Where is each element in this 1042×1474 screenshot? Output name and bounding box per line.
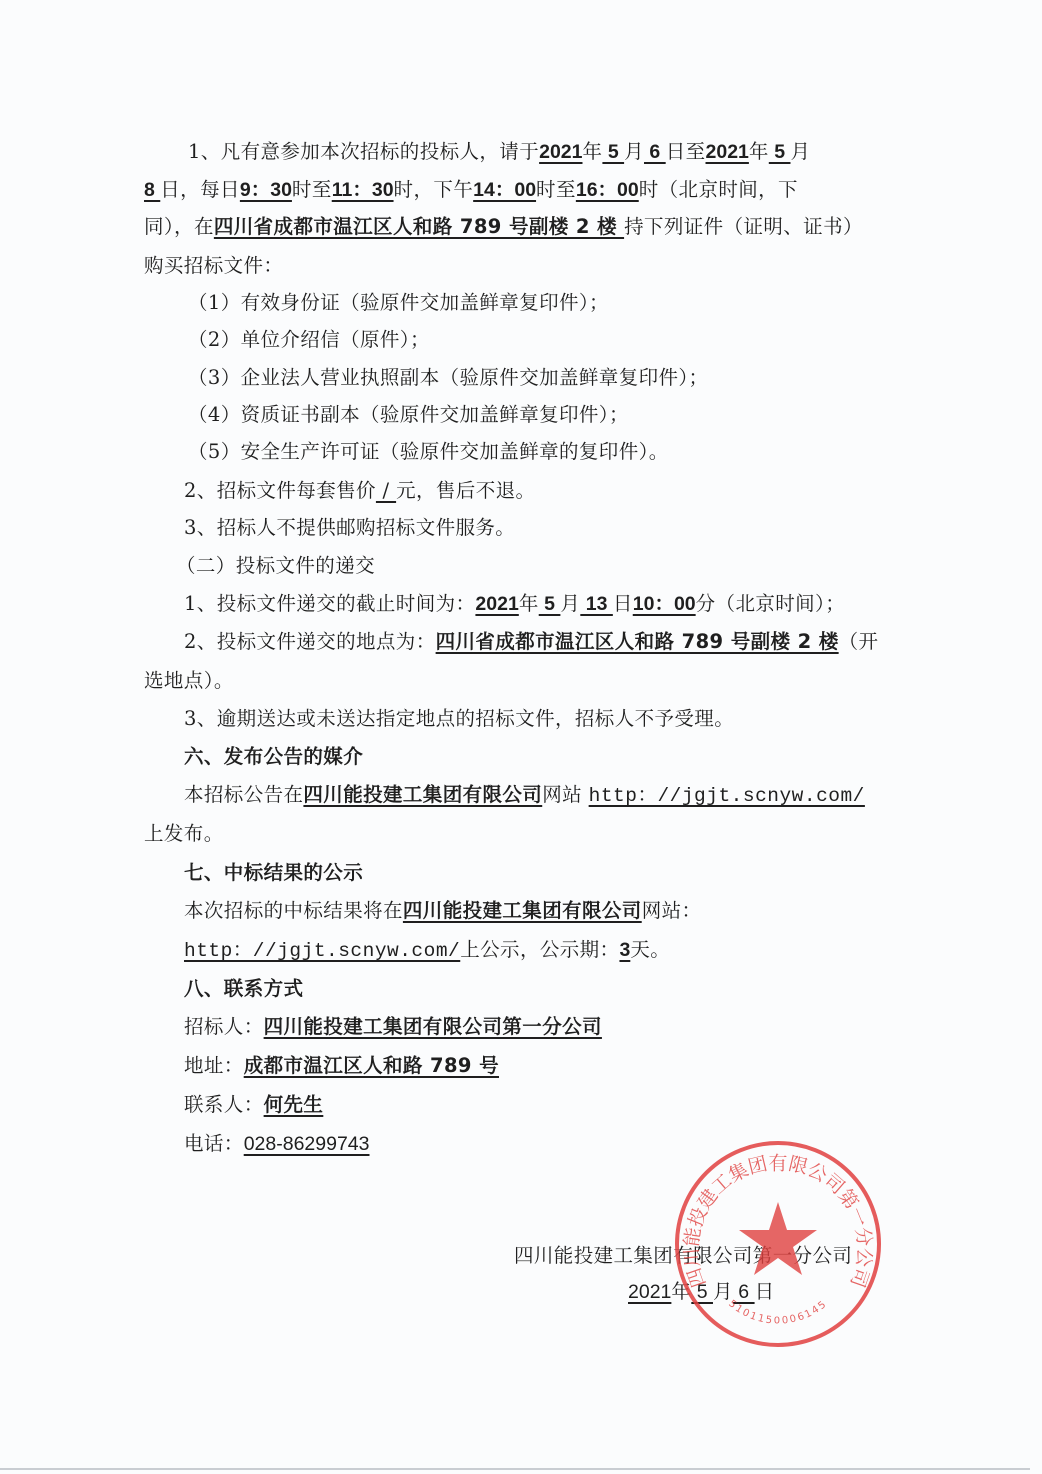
text: 日 [755, 1280, 775, 1303]
end-month: 5 [769, 141, 791, 163]
contact-tenderer: 招标人：四川能投建工集团有限公司第一分公司 [184, 1013, 602, 1041]
result-heading: 七、中标结果的公示 [184, 859, 363, 887]
contact-heading: 八、联系方式 [184, 975, 303, 1003]
text: （开 [839, 630, 879, 653]
text: 年 [583, 140, 603, 163]
submission-place: 2、投标文件递交的地点为：四川省成都市温江区人和路 789 号副楼 2 楼（开 [184, 628, 878, 656]
pm-end-time: 16：00 [576, 179, 639, 201]
text: 月 [713, 1280, 733, 1303]
media-heading: 六、发布公告的媒介 [184, 743, 363, 771]
document-price: / [376, 479, 396, 502]
submission-late-notice: 3、逾期送达或未送达指定地点的招标文件，招标人不予受理。 [184, 705, 734, 733]
publicity-days: 3 [619, 939, 630, 961]
text: 持下列证件（证明、证书） [624, 215, 863, 238]
purchase-item-1-line-3: 同），在四川省成都市温江区人和路 789 号副楼 2 楼 持下列证件（证明、证书… [144, 213, 863, 241]
sign-day: 6 [733, 1281, 755, 1303]
deadline-time: 10：00 [633, 593, 696, 615]
text: 分（北京时间）； [696, 592, 845, 615]
am-start-time: 9：30 [240, 179, 292, 201]
purchase-item-1-line-1: 1、凡有意参加本次招标的投标人，请于2021年 5 月 6 日至2021年 5 … [188, 138, 810, 166]
company-name: 四川能投建工集团有限公司 [303, 783, 542, 806]
text: 本次招标的中标结果将在 [184, 899, 403, 922]
contact-person-value: 何先生 [264, 1093, 324, 1116]
text: 2、招标文件每套售价 [184, 479, 376, 502]
end-year: 2021 [706, 141, 749, 163]
document-item: （1）有效身份证（验原件交加盖鲜章复印件）； [188, 289, 609, 317]
phone-value: 028-86299743 [244, 1133, 370, 1155]
text: 2、投标文件递交的地点为： [184, 630, 436, 653]
text: 上公示，公示期： [460, 938, 619, 961]
result-line: 本次招标的中标结果将在四川能投建工集团有限公司网站： [184, 897, 701, 925]
submission-deadline: 1、投标文件递交的截止时间为：2021年 5 月 13 日10：00分（北京时间… [184, 590, 845, 618]
text: 购买招标文件： [144, 254, 283, 277]
purchase-item-1-line-2: 8 日，每日9：30时至11：30时，下午14：00时至16：00时（北京时间，… [144, 176, 798, 204]
website-link[interactable]: http：//jgjt.scnyw.com/ [589, 785, 865, 807]
contact-person: 联系人：何先生 [184, 1091, 323, 1119]
text: 月 [624, 140, 644, 163]
start-month: 5 [602, 141, 624, 163]
contact-address: 地址：成都市温江区人和路 789 号 [184, 1052, 499, 1080]
company-name: 四川能投建工集团有限公司 [403, 899, 642, 922]
document-item: （2）单位介绍信（原件）； [188, 326, 430, 354]
text: 同），在 [144, 215, 214, 238]
submission-heading: （二）投标文件的递交 [176, 552, 375, 580]
media-line: 本招标公告在四川能投建工集团有限公司网站 http：//jgjt.scnyw.c… [184, 781, 865, 810]
deadline-month: 5 [539, 593, 561, 615]
text: 月 [790, 140, 810, 163]
purchase-item-2: 2、招标文件每套售价 / 元，售后不退。 [184, 477, 535, 505]
deadline-year: 2021 [475, 593, 518, 615]
text: 天。 [630, 938, 670, 961]
signature-date: 2021年 5 月 6 日 [628, 1278, 774, 1306]
pm-start-time: 14：00 [473, 179, 536, 201]
text: 时至 [536, 178, 576, 201]
website-link[interactable]: http：//jgjt.scnyw.com/ [184, 940, 460, 962]
text: 1、凡有意参加本次招标的投标人，请于 [188, 140, 539, 163]
sign-year: 2021 [628, 1281, 671, 1303]
page-edge [0, 1468, 1030, 1470]
purchase-item-3: 3、招标人不提供邮购招标文件服务。 [184, 514, 515, 542]
text: 网站 [542, 783, 582, 806]
text: 时，下午 [394, 178, 474, 201]
text: 时（北京时间，下 [639, 178, 798, 201]
text: 月 [560, 592, 580, 615]
text: 网站： [642, 899, 702, 922]
contact-phone: 电话：028-86299743 [184, 1130, 370, 1158]
am-end-time: 11：30 [332, 179, 394, 201]
text: 日 [613, 592, 633, 615]
document-item: （5）安全生产许可证（验原件交加盖鲜章的复印件）。 [188, 438, 669, 466]
text: 本招标公告在 [184, 783, 303, 806]
document-item: （3）企业法人营业执照副本（验原件交加盖鲜章复印件）； [188, 364, 708, 392]
text: 时至 [292, 178, 332, 201]
text: 1、投标文件递交的截止时间为： [184, 592, 475, 615]
text: 年 [749, 140, 769, 163]
text: 日至 [666, 140, 706, 163]
result-line-cont: http：//jgjt.scnyw.com/上公示，公示期：3天。 [184, 936, 670, 965]
end-day: 8 [144, 179, 160, 201]
label: 联系人： [184, 1093, 264, 1116]
deadline-day: 13 [580, 593, 613, 615]
tender-notice-page: 1、凡有意参加本次招标的投标人，请于2021年 5 月 6 日至2021年 5 … [0, 0, 1042, 1474]
text: 年 [519, 592, 539, 615]
address-value: 成都市温江区人和路 789 号 [244, 1054, 499, 1077]
label: 地址： [184, 1054, 244, 1077]
label: 招标人： [184, 1015, 264, 1038]
text: 日，每日 [160, 178, 240, 201]
media-line-cont: 上发布。 [144, 820, 224, 848]
document-item: （4）资质证书副本（验原件交加盖鲜章复印件）； [188, 401, 629, 429]
text: 元，售后不退。 [396, 479, 535, 502]
purchase-item-1-line-4: 购买招标文件： [144, 252, 283, 280]
submission-location: 四川省成都市温江区人和路 789 号副楼 2 楼 [436, 630, 839, 653]
start-day: 6 [644, 141, 666, 163]
tenderer-name: 四川能投建工集团有限公司第一分公司 [264, 1015, 602, 1038]
start-year: 2021 [539, 141, 582, 163]
purchase-location: 四川省成都市温江区人和路 789 号副楼 2 楼 [214, 215, 624, 238]
label: 电话： [184, 1132, 244, 1155]
signature-org: 四川能投建工集团有限公司第一分公司 [514, 1242, 852, 1270]
submission-place-cont: 选地点）。 [144, 667, 234, 695]
text: 年 [671, 1280, 691, 1303]
sign-month: 5 [691, 1281, 713, 1303]
